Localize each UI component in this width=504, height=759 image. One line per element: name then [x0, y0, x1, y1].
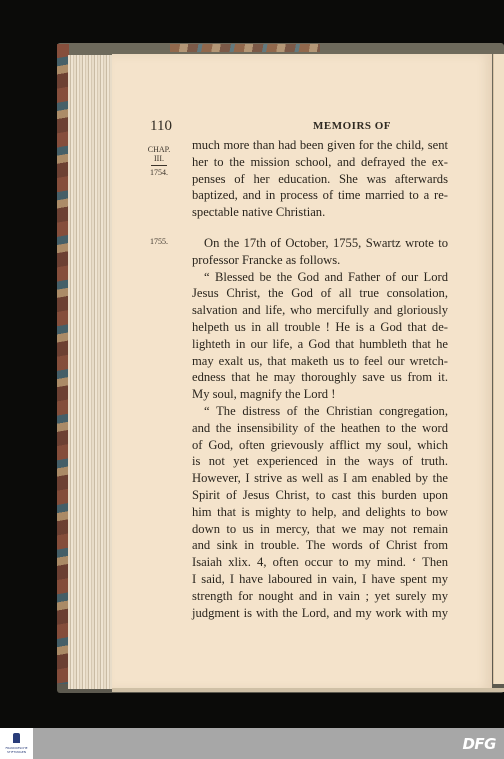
text-line: edness that he may thoroughly save us fr… — [192, 369, 448, 386]
text-line: him that is mighty to help, and delights… — [192, 504, 448, 521]
text-line: My soul, magnify the Lord ! — [192, 386, 448, 403]
text-line: I said, I have laboured in vain, I have … — [192, 571, 448, 588]
library-logo-text: FRANCKESCHE STIFTUNGEN — [3, 746, 30, 754]
page-bottom-edge — [112, 688, 504, 692]
text-line: penses of her education. She was afterwa… — [192, 171, 448, 188]
text-line: lighteth in our life, a God that humblet… — [192, 336, 448, 353]
paragraph-2: On the 17th of October, 1755, Swartz wro… — [192, 235, 448, 269]
text-line: Jesus Christ, the God of all true consol… — [192, 285, 448, 302]
text-line: On the 17th of October, 1755, Swartz wro… — [192, 235, 448, 252]
text-line: spectable native Christian. — [192, 204, 448, 221]
paragraph-1: much more than had been given for the ch… — [192, 137, 448, 221]
text-line: However, I strive as well as I am enable… — [192, 470, 448, 487]
text-line: strength for nought and in vain ; yet su… — [192, 588, 448, 605]
text-line: her to the mission school, and defrayed … — [192, 154, 448, 171]
text-line: and sink in trouble. The words of Christ… — [192, 537, 448, 554]
text-line: Isaiah xlix. 4, often occur to my mind. … — [192, 554, 448, 571]
text-line: much more than had been given for the ch… — [192, 137, 448, 154]
text-line: may exalt us, that maketh us to feel our… — [192, 353, 448, 370]
body-text: much more than had been given for the ch… — [192, 137, 448, 621]
text-line: of God, often grievously afflict my soul… — [192, 437, 448, 454]
running-head: 110 MEMOIRS OF — [150, 118, 450, 134]
scan-viewer: 110 MEMOIRS OF CHAP. III. 1754. 1755. mu… — [0, 0, 504, 728]
margin-year-1754: 1754. — [145, 168, 173, 177]
text-line: helpeth us in all trouble ! He is a God … — [192, 319, 448, 336]
library-emblem-icon — [13, 733, 20, 743]
text-line: professor Francke as follows. — [192, 252, 448, 269]
paragraph-gap — [192, 221, 448, 235]
text-line: salvation and life, who mercifully and g… — [192, 302, 448, 319]
running-title: MEMOIRS OF — [313, 120, 391, 132]
facing-page-edge — [493, 54, 504, 684]
text-line: is not yet experienced in the ways of tr… — [192, 453, 448, 470]
text-line: “ The distress of the Christian congrega… — [192, 403, 448, 420]
footer-bar: FRANCKESCHE STIFTUNGEN DFG — [0, 728, 504, 759]
text-line: Spirit of Jesus Christ, to cast this bur… — [192, 487, 448, 504]
text-line: judgment is with the Lord, and my work w… — [192, 605, 448, 622]
text-line: down to us in mercy, that we may not rem… — [192, 521, 448, 538]
margin-rule — [151, 165, 167, 166]
text-line: baptized, and in process of time married… — [192, 187, 448, 204]
margin-chapter-label: CHAP. — [145, 145, 173, 154]
margin-chapter-number: III. — [145, 154, 173, 163]
page-number: 110 — [150, 118, 172, 135]
text-line: “ Blessed be the God and Father of our L… — [192, 269, 448, 286]
text-line: and the insensibility of the heathen to … — [192, 420, 448, 437]
marbled-cover-top — [170, 44, 320, 52]
margin-year-1755: 1755. — [145, 237, 173, 246]
dfg-logo[interactable]: DFG — [462, 735, 496, 753]
paragraph-4: “ The distress of the Christian congrega… — [192, 403, 448, 621]
library-logo[interactable]: FRANCKESCHE STIFTUNGEN — [0, 728, 33, 759]
page-stack-edges — [68, 55, 116, 689]
paragraph-3: “ Blessed be the God and Father of our L… — [192, 269, 448, 403]
